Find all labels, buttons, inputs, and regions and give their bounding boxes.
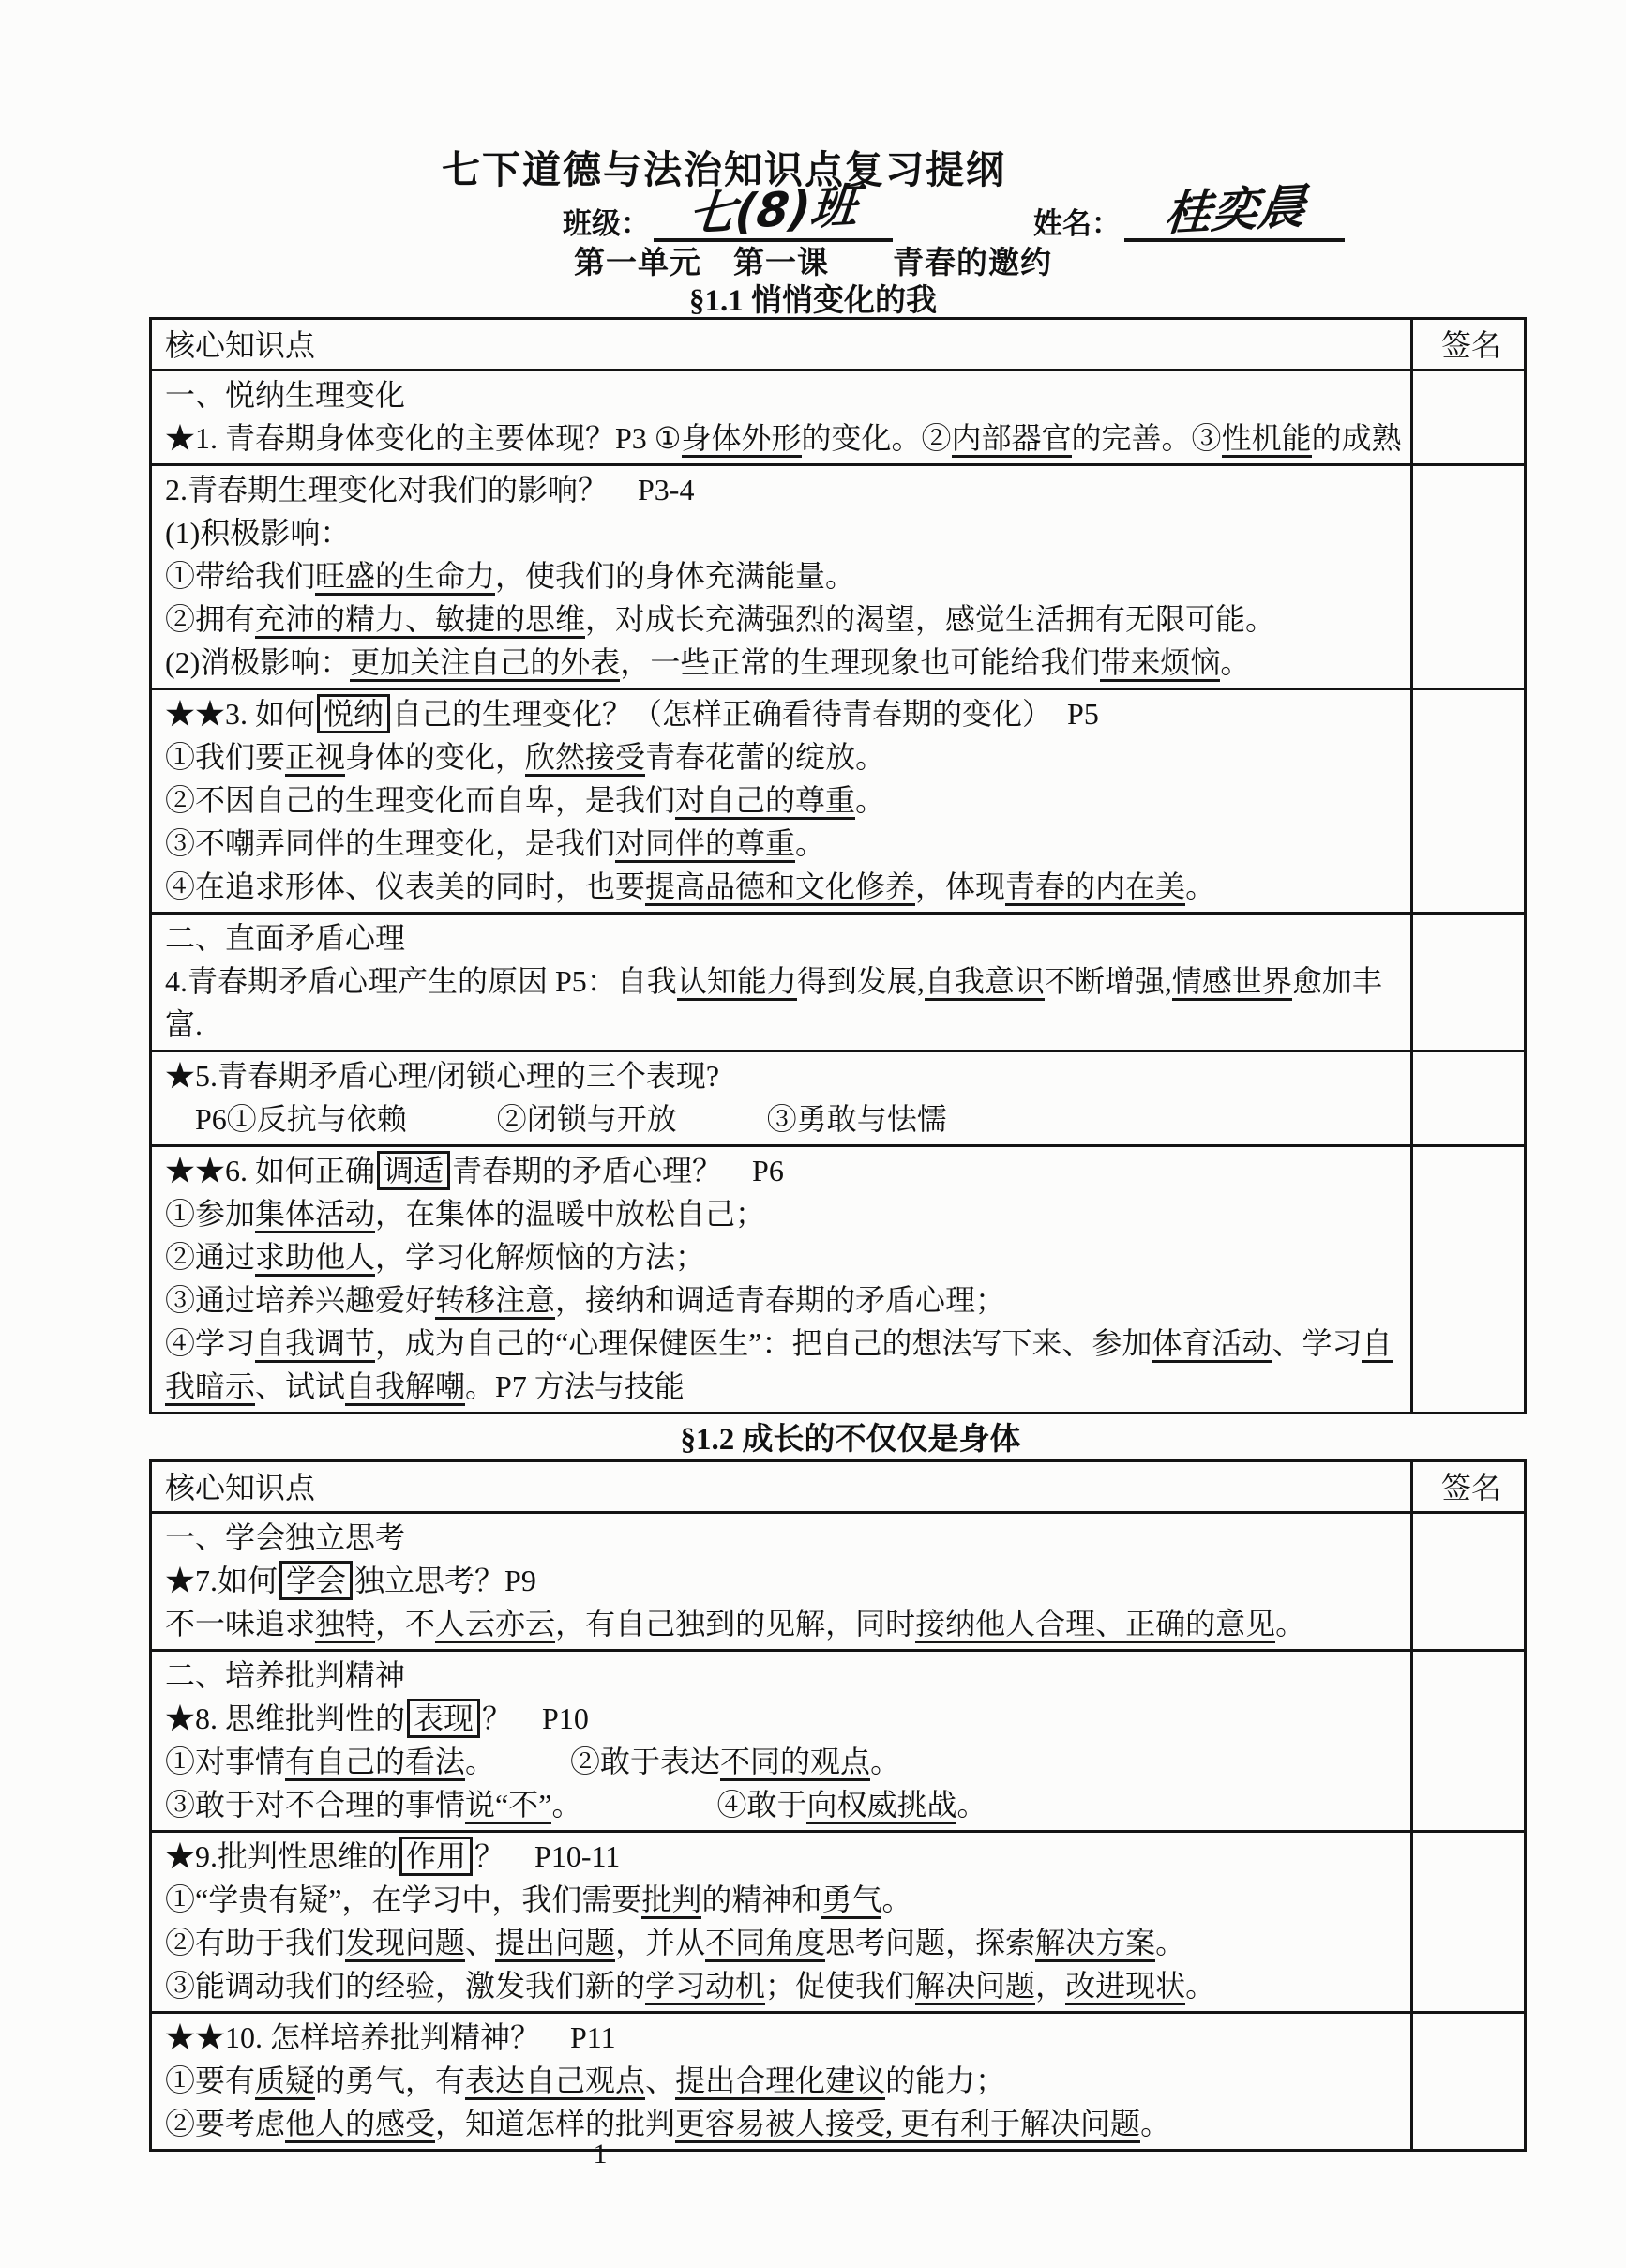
text-line: ★9.批判性思维的作用？ P10-11 xyxy=(165,1835,1403,1878)
knowledge-cell: ★9.批判性思维的作用？ P10-11①“学贵有疑”，在学习中，我们需要批判的精… xyxy=(151,1832,1412,2013)
underlined-term: 改进现状 xyxy=(1065,1969,1185,2005)
text-line: 一、学会独立思考 xyxy=(165,1516,1403,1559)
text-run: 。P7 方法与技能 xyxy=(465,1369,685,1403)
text-run: 。 ②敢于表达 xyxy=(465,1745,720,1778)
text-run: 思考问题，探索 xyxy=(825,1926,1035,1959)
text-run: ③通过培养兴趣爱好 xyxy=(165,1283,435,1317)
underlined-term: 旺盛的生命力 xyxy=(315,559,495,596)
text-run: ，使我们的身体充满能量。 xyxy=(495,559,855,593)
text-run: ，成为自己的“心理保健医生”：把自己的想法写下来、参加 xyxy=(375,1326,1152,1360)
underlined-term: 性机能 xyxy=(1222,421,1312,458)
text-line: 2.青春期生理变化对我们的影响？ P3-4 xyxy=(165,468,1403,511)
text-line: ★★6. 如何正确调适青春期的矛盾心理？ P6 xyxy=(165,1149,1403,1192)
text-run: ，接纳和调适青春期的矛盾心理； xyxy=(555,1283,1005,1317)
underlined-term: 发现问题 xyxy=(345,1926,465,1962)
text-line: ①对事情有自己的看法。 ②敢于表达不同的观点。 xyxy=(165,1740,1403,1783)
signature-header: 签名 xyxy=(1412,1461,1526,1513)
text-run: 的能力； xyxy=(885,2064,1005,2097)
underlined-term: 自我意识 xyxy=(925,964,1045,1001)
text-run: 。 xyxy=(1275,1607,1305,1641)
class-field: 七(8)班 xyxy=(654,195,893,242)
signature-cell xyxy=(1412,370,1526,465)
knowledge-cell: ★★6. 如何正确调适青春期的矛盾心理？ P6①参加集体活动，在集体的温暖中放松… xyxy=(151,1146,1412,1414)
scanned-worksheet-page: 七下道德与法治知识点复习提纲 班级：七(8)班姓名：桂奕晨 第一单元 第一课 青… xyxy=(0,0,1626,2268)
underlined-term: 认知能力 xyxy=(677,964,797,1001)
text-run: 不断增强, xyxy=(1045,964,1172,998)
table-row: ★★10. 怎样培养批判精神？ P11①要有质疑的勇气，有表达自己观点、提出合理… xyxy=(151,2013,1526,2151)
boxed-term: 悦纳 xyxy=(317,694,390,733)
text-run: 的成熟 xyxy=(1312,421,1402,455)
underlined-term: 情感世界 xyxy=(1172,964,1292,1001)
underlined-term: 提出合理化建议 xyxy=(675,2064,885,2100)
text-run: 。 xyxy=(1185,869,1215,903)
text-run: ①带给我们 xyxy=(165,559,315,593)
text-run: ，有自己独到的见解，同时 xyxy=(555,1607,915,1641)
text-run: ？ P10-11 xyxy=(474,1839,620,1873)
knowledge-cell: ★★10. 怎样培养批判精神？ P11①要有质疑的勇气，有表达自己观点、提出合理… xyxy=(151,2013,1412,2151)
text-line: ②有助于我们发现问题、提出问题，并从不同角度思考问题，探索解决方案。 xyxy=(165,1921,1403,1964)
name-field: 桂奕晨 xyxy=(1124,195,1345,242)
text-line: ③能调动我们的经验，激发我们新的学习动机；促使我们解决问题，改进现状。 xyxy=(165,1964,1403,2007)
text-run: ，在集体的温暖中放松自己； xyxy=(375,1197,765,1231)
text-run: 得到发展, xyxy=(797,964,925,998)
text-run: 二、直面矛盾心理 xyxy=(165,921,405,955)
underlined-term: 转移注意 xyxy=(435,1283,555,1320)
signature-cell xyxy=(1412,1651,1526,1832)
table-header-row: 核心知识点签名 xyxy=(151,319,1526,370)
knowledge-cell: 一、悦纳生理变化★1. 青春期身体变化的主要体现？P3 ①身体外形的变化。②内部… xyxy=(151,370,1412,465)
text-run: 。 xyxy=(881,1882,911,1916)
underlined-term: 提高品德和文化修养 xyxy=(645,869,915,906)
knowledge-cell: 2.青春期生理变化对我们的影响？ P3-4(1)积极影响：①带给我们旺盛的生命力… xyxy=(151,465,1412,689)
text-run: 。 xyxy=(1220,645,1250,679)
class-label: 班级： xyxy=(563,207,650,240)
underlined-term: 质疑 xyxy=(255,2064,315,2100)
section-1-2-heading: §1.2 成长的不仅仅是身体 xyxy=(38,1414,1626,1459)
text-run: ①参加 xyxy=(165,1197,255,1231)
underlined-term: 接纳他人合理、正确的意见 xyxy=(915,1607,1275,1643)
text-line: ★8. 思维批判性的表现？ P10 xyxy=(165,1697,1403,1740)
text-run: ①我们要 xyxy=(165,740,285,774)
text-line: ①参加集体活动，在集体的温暖中放松自己； xyxy=(165,1192,1403,1235)
text-line: ①我们要正视身体的变化，欣然接受青春花蕾的绽放。 xyxy=(165,735,1403,779)
text-line: ★7.如何学会独立思考？P9 xyxy=(165,1559,1403,1602)
text-run: 4.青春期矛盾心理产生的原因 P5：自我 xyxy=(165,964,677,998)
boxed-term: 调适 xyxy=(377,1151,450,1190)
text-run: (2)消极影响： xyxy=(165,645,350,679)
knowledge-cell: ★★3. 如何悦纳自己的生理变化？（怎样正确看待青春期的变化） P5①我们要正视… xyxy=(151,689,1412,914)
section-1-1-heading: §1.1 悄悄变化的我 xyxy=(0,276,1626,320)
text-run: 青春期的矛盾心理？ P6 xyxy=(452,1154,784,1187)
text-run: ，不 xyxy=(375,1607,435,1641)
text-line: ②不因自己的生理变化而自卑，是我们对自己的尊重。 xyxy=(165,779,1403,822)
text-line: ①要有质疑的勇气，有表达自己观点、提出合理化建议的能力； xyxy=(165,2059,1403,2102)
text-line: (2)消极影响：更加关注自己的外表，一些正常的生理现象也可能给我们带来烦恼。 xyxy=(165,641,1403,684)
text-run: 的勇气，有 xyxy=(315,2064,465,2097)
knowledge-table-1: 核心知识点签名一、悦纳生理变化★1. 青春期身体变化的主要体现？P3 ①身体外形… xyxy=(149,317,1527,1414)
text-run: ，并从 xyxy=(615,1926,705,1959)
text-run: 。 xyxy=(956,1788,986,1822)
text-run: ①要有 xyxy=(165,2064,255,2097)
text-run: ★★10. 怎样培养批判精神？ P11 xyxy=(165,2020,616,2054)
underlined-term: 对同伴的尊重 xyxy=(615,826,795,863)
underlined-term: 自我调节 xyxy=(255,1326,375,1363)
underlined-term: 青春的内在美 xyxy=(1005,869,1185,906)
text-run: ，一些正常的生理现象也可能给我们 xyxy=(620,645,1100,679)
text-line: 二、培养批判精神 xyxy=(165,1654,1403,1697)
signature-cell xyxy=(1412,914,1526,1051)
text-run: (1)积极影响： xyxy=(165,516,350,550)
text-run: ②通过 xyxy=(165,1240,255,1274)
signature-cell xyxy=(1412,1513,1526,1651)
text-run: ③不嘲弄同伴的生理变化，是我们 xyxy=(165,826,615,860)
text-run: ★★3. 如何 xyxy=(165,697,315,731)
text-line: ★★10. 怎样培养批判精神？ P11 xyxy=(165,2016,1403,2059)
signature-cell xyxy=(1412,1051,1526,1146)
table-row: 二、直面矛盾心理4.青春期矛盾心理产生的原因 P5：自我认知能力得到发展,自我意… xyxy=(151,914,1526,1051)
text-line: ③不嘲弄同伴的生理变化，是我们对同伴的尊重。 xyxy=(165,822,1403,865)
text-line: ★5.青春期矛盾心理/闭锁心理的三个表现? xyxy=(165,1054,1403,1097)
text-line: 不一味追求独特，不人云亦云，有自己独到的见解，同时接纳他人合理、正确的意见。 xyxy=(165,1602,1403,1645)
underlined-term: 对自己的尊重 xyxy=(675,783,855,820)
underlined-term: 解决问题 xyxy=(915,1969,1035,2005)
underlined-term: 自我解嘲 xyxy=(345,1369,465,1406)
knowledge-cell: ★5.青春期矛盾心理/闭锁心理的三个表现? P6①反抗与依赖 ②闭锁与开放 ③勇… xyxy=(151,1051,1412,1146)
text-run: 的变化。② xyxy=(802,421,952,455)
underlined-term: 提出问题 xyxy=(495,1926,615,1962)
text-run: ①对事情 xyxy=(165,1745,285,1778)
text-run: ★★6. 如何正确 xyxy=(165,1154,375,1187)
table-header-row: 核心知识点签名 xyxy=(151,1461,1526,1513)
boxed-term: 表现 xyxy=(407,1699,480,1738)
text-run: 。 xyxy=(1140,2107,1170,2140)
underlined-term: 批判 xyxy=(641,1882,701,1919)
knowledge-cell: 二、直面矛盾心理4.青春期矛盾心理产生的原因 P5：自我认知能力得到发展,自我意… xyxy=(151,914,1412,1051)
name-label: 姓名： xyxy=(1033,207,1121,240)
text-run: ★5.青春期矛盾心理/闭锁心理的三个表现? xyxy=(165,1059,719,1093)
text-run: 的精神和 xyxy=(701,1882,821,1916)
text-line: ①带给我们旺盛的生命力，使我们的身体充满能量。 xyxy=(165,554,1403,597)
text-run: ，体现 xyxy=(915,869,1005,903)
knowledge-cell: 一、学会独立思考★7.如何学会独立思考？P9不一味追求独特，不人云亦云，有自己独… xyxy=(151,1513,1412,1651)
underlined-term: 说“不” xyxy=(465,1788,551,1824)
underlined-term: 体育活动 xyxy=(1152,1326,1272,1363)
text-line: ③通过培养兴趣爱好转移注意，接纳和调适青春期的矛盾心理； xyxy=(165,1278,1403,1322)
text-line: 4.青春期矛盾心理产生的原因 P5：自我认知能力得到发展,自我意识不断增强,情感… xyxy=(165,960,1403,1046)
page-number: 1 xyxy=(0,2139,1200,2170)
knowledge-cell: 二、培养批判精神★8. 思维批判性的表现？ P10①对事情有自己的看法。 ②敢于… xyxy=(151,1651,1412,1832)
text-line: (1)积极影响： xyxy=(165,511,1403,554)
signature-cell xyxy=(1412,465,1526,689)
text-run: ④学习 xyxy=(165,1326,255,1360)
text-run: 、试试 xyxy=(255,1369,345,1403)
signature-header: 签名 xyxy=(1412,319,1526,370)
core-points-header: 核心知识点 xyxy=(151,319,1412,370)
underlined-term: 有自己的看法 xyxy=(285,1745,465,1781)
table-row: ★5.青春期矛盾心理/闭锁心理的三个表现? P6①反抗与依赖 ②闭锁与开放 ③勇… xyxy=(151,1051,1526,1146)
text-line: ④在追求形体、仪表美的同时，也要提高品德和文化修养，体现青春的内在美。 xyxy=(165,865,1403,908)
text-run: ②不因自己的生理变化而自卑，是我们 xyxy=(165,783,675,817)
text-run: ③敢于对不合理的事情 xyxy=(165,1788,465,1822)
text-run: ，知道怎样的批判 xyxy=(435,2107,675,2140)
underlined-term: 求助他人 xyxy=(255,1240,375,1277)
text-run: 、学习 xyxy=(1272,1326,1362,1360)
text-run: 身体的变化， xyxy=(345,740,525,774)
text-run: 。 xyxy=(1185,1969,1215,2003)
text-run: ②有助于我们 xyxy=(165,1926,345,1959)
table-row: ★★6. 如何正确调适青春期的矛盾心理？ P6①参加集体活动，在集体的温暖中放松… xyxy=(151,1146,1526,1414)
text-run: ；促使我们 xyxy=(765,1969,915,2003)
table-row: 2.青春期生理变化对我们的影响？ P3-4(1)积极影响：①带给我们旺盛的生命力… xyxy=(151,465,1526,689)
core-points-header: 核心知识点 xyxy=(151,1461,1412,1513)
text-run: 一、学会独立思考 xyxy=(165,1520,405,1554)
text-run: ★9.批判性思维的 xyxy=(165,1839,398,1873)
underlined-term: 勇气 xyxy=(821,1882,881,1919)
signature-cell xyxy=(1412,1146,1526,1414)
boxed-term: 作用 xyxy=(399,1837,473,1876)
text-run: 。 xyxy=(1155,1926,1185,1959)
text-run: ③能调动我们的经验，激发我们新的 xyxy=(165,1969,645,2003)
underlined-term: 解决方案 xyxy=(1035,1926,1155,1962)
text-line: ★1. 青春期身体变化的主要体现？P3 ①身体外形的变化。②内部器官的完善。③性… xyxy=(165,416,1403,460)
table-row: ★9.批判性思维的作用？ P10-11①“学贵有疑”，在学习中，我们需要批判的精… xyxy=(151,1832,1526,2013)
text-run: 青春花蕾的绽放。 xyxy=(645,740,885,774)
text-line: ①“学贵有疑”，在学习中，我们需要批判的精神和勇气。 xyxy=(165,1878,1403,1921)
table-row: 一、学会独立思考★7.如何学会独立思考？P9不一味追求独特，不人云亦云，有自己独… xyxy=(151,1513,1526,1651)
text-run: ，对成长充满强烈的渴望，感觉生活拥有无限可能。 xyxy=(585,602,1275,636)
name-handwritten-value: 桂奕晨 xyxy=(1163,188,1306,233)
text-line: ④学习自我调节，成为自己的“心理保健医生”：把自己的想法写下来、参加体育活动、学… xyxy=(165,1322,1403,1408)
underlined-term: 欣然接受 xyxy=(525,740,645,777)
underlined-term: 内部器官 xyxy=(952,421,1072,458)
class-name-line: 班级：七(8)班姓名：桂奕晨 xyxy=(563,195,1345,244)
text-run: ★8. 思维批判性的 xyxy=(165,1701,405,1735)
text-run: 。 xyxy=(795,826,825,860)
underlined-term: 不同角度 xyxy=(705,1926,825,1962)
text-run: 。 xyxy=(870,1745,900,1778)
text-line: P6①反抗与依赖 ②闭锁与开放 ③勇敢与怯懦 xyxy=(165,1097,1403,1141)
table-row: ★★3. 如何悦纳自己的生理变化？（怎样正确看待青春期的变化） P5①我们要正视… xyxy=(151,689,1526,914)
signature-cell xyxy=(1412,2013,1526,2151)
text-run: ★7.如何 xyxy=(165,1564,278,1597)
text-run: 、 xyxy=(645,2064,675,2097)
underlined-term: 正视 xyxy=(285,740,345,777)
text-run: 、 xyxy=(465,1926,495,1959)
text-run: ， xyxy=(1035,1969,1065,2003)
text-run: ①“学贵有疑”，在学习中，我们需要 xyxy=(165,1882,641,1916)
text-run: ，学习化解烦恼的方法； xyxy=(375,1240,705,1274)
text-line: 二、直面矛盾心理 xyxy=(165,916,1403,960)
text-run: 。 ④敢于 xyxy=(551,1788,806,1822)
text-run: 2.青春期生理变化对我们的影响？ P3-4 xyxy=(165,473,694,507)
text-run: ★1. 青春期身体变化的主要体现？P3 ① xyxy=(165,421,682,455)
text-run: 二、培养批判精神 xyxy=(165,1658,405,1692)
text-line: 一、悦纳生理变化 xyxy=(165,373,1403,416)
underlined-term: 向权威挑战 xyxy=(806,1788,956,1824)
table-row: 二、培养批判精神★8. 思维批判性的表现？ P10①对事情有自己的看法。 ②敢于… xyxy=(151,1651,1526,1832)
text-line: ②拥有充沛的精力、敏捷的思维，对成长充满强烈的渴望，感觉生活拥有无限可能。 xyxy=(165,597,1403,641)
text-run: ②拥有 xyxy=(165,602,255,636)
text-run: ？ P10 xyxy=(482,1701,589,1735)
underlined-term: 表达自己观点 xyxy=(465,2064,645,2100)
underlined-term: 集体活动 xyxy=(255,1197,375,1233)
boxed-term: 学会 xyxy=(279,1561,353,1600)
signature-cell xyxy=(1412,1832,1526,2013)
text-line: ③敢于对不合理的事情说“不”。 ④敢于向权威挑战。 xyxy=(165,1783,1403,1826)
text-run: ④在追求形体、仪表美的同时，也要 xyxy=(165,869,645,903)
underlined-term: 更加关注自己的外表 xyxy=(350,645,620,682)
text-run: 一、悦纳生理变化 xyxy=(165,378,405,412)
underlined-term: 独特 xyxy=(315,1607,375,1643)
knowledge-table-2: 核心知识点签名一、学会独立思考★7.如何学会独立思考？P9不一味追求独特，不人云… xyxy=(149,1459,1527,2152)
text-run: 自己的生理变化？（怎样正确看待青春期的变化） P5 xyxy=(392,697,1099,731)
text-run: 的完善。③ xyxy=(1072,421,1222,455)
class-handwritten-value: 七(8)班 xyxy=(687,187,860,234)
text-line: ★★3. 如何悦纳自己的生理变化？（怎样正确看待青春期的变化） P5 xyxy=(165,692,1403,735)
text-run: 。 xyxy=(855,783,885,817)
table-row: 一、悦纳生理变化★1. 青春期身体变化的主要体现？P3 ①身体外形的变化。②内部… xyxy=(151,370,1526,465)
text-line: ②通过求助他人，学习化解烦恼的方法； xyxy=(165,1235,1403,1278)
underlined-term: 人云亦云 xyxy=(435,1607,555,1643)
signature-cell xyxy=(1412,689,1526,914)
text-run: 不一味追求 xyxy=(165,1607,315,1641)
underlined-term: 学习动机 xyxy=(645,1969,765,2005)
underlined-term: 充沛的精力、敏捷的思维 xyxy=(255,602,585,639)
text-run: 独立思考？P9 xyxy=(354,1564,536,1597)
text-run: ②要考虑 xyxy=(165,2107,285,2140)
underlined-term: 身体外形 xyxy=(682,421,802,458)
underlined-term: 不同的观点 xyxy=(720,1745,870,1781)
text-run: P6①反抗与依赖 ②闭锁与开放 ③勇敢与怯懦 xyxy=(165,1102,947,1136)
underlined-term: 带来烦恼 xyxy=(1100,645,1220,682)
